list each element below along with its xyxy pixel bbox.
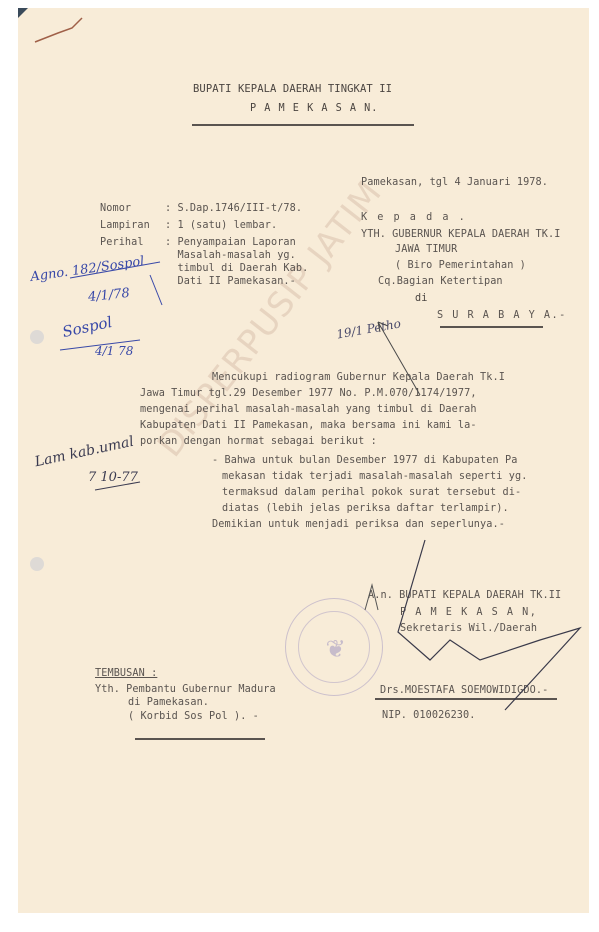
pen-strokes [0,0,599,932]
stain-mark [35,18,82,42]
signature-stroke [398,540,580,710]
